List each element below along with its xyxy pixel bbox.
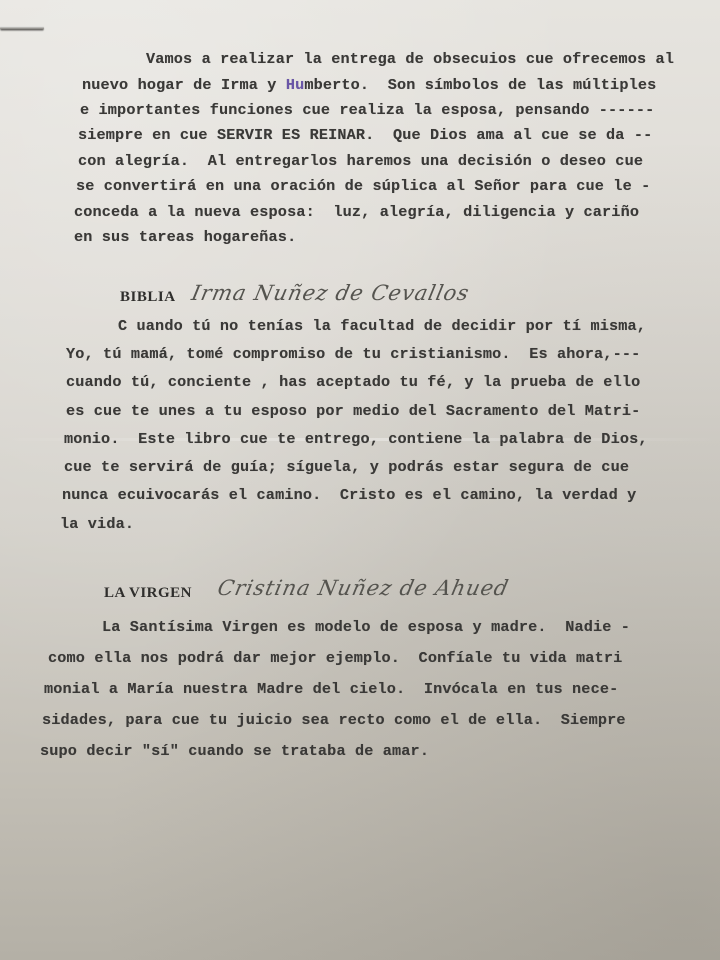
intro-line: siempre en cue SERVIR ES REINAR. Que Dio… bbox=[78, 128, 652, 143]
intro-line-with-correction: nuevo hogar de Irma y Humberto. Son símb… bbox=[82, 78, 656, 93]
staple-icon bbox=[0, 26, 44, 30]
section-title: BIBLIA bbox=[120, 289, 176, 306]
section-line: la vida. bbox=[60, 517, 134, 532]
section-title: LA VIRGEN bbox=[104, 585, 192, 602]
section-line: cue te servirá de guía; síguela, y podrá… bbox=[64, 460, 629, 475]
section-line: La Santísima Virgen es modelo de esposa … bbox=[102, 620, 630, 635]
intro-line-prefix: nuevo hogar de Irma y bbox=[82, 76, 286, 94]
intro-line: Vamos a realizar la entrega de obsecuios… bbox=[146, 52, 674, 67]
section-line: cuando tú, conciente , has aceptado tu f… bbox=[66, 375, 640, 390]
handwritten-correction: Hu bbox=[286, 76, 305, 94]
handwritten-signature: Irma Nuñez de Cevallos bbox=[189, 281, 471, 305]
intro-line: se convertirá en una oración de súplica … bbox=[76, 179, 650, 194]
section-line: monio. Este libro cue te entrego, contie… bbox=[64, 432, 648, 447]
intro-line-suffix: mberto. Son símbolos de las múltiples bbox=[304, 76, 656, 94]
section-line: sidades, para cue tu juicio sea recto co… bbox=[42, 713, 626, 728]
section-line: Yo, tú mamá, tomé compromiso de tu crist… bbox=[66, 347, 640, 362]
section-line: monial a María nuestra Madre del cielo. … bbox=[44, 682, 618, 697]
paper-background bbox=[0, 0, 720, 960]
section-line: C uando tú no tenías la facultad de deci… bbox=[118, 319, 646, 334]
section-line: como ella nos podrá dar mejor ejemplo. C… bbox=[48, 651, 622, 666]
section-line: supo decir "sí" cuando se trataba de ama… bbox=[40, 744, 429, 759]
intro-line: e importantes funciones cue realiza la e… bbox=[80, 103, 654, 118]
section-line: es cue te unes a tu esposo por medio del… bbox=[66, 404, 640, 419]
intro-line: conceda a la nueva esposa: luz, alegría,… bbox=[74, 205, 639, 220]
intro-line: en sus tareas hogareñas. bbox=[74, 230, 296, 245]
intro-line: con alegría. Al entregarlos haremos una … bbox=[78, 154, 643, 169]
section-line: nunca ecuivocarás el camino. Cristo es e… bbox=[62, 488, 636, 503]
handwritten-signature: Cristina Nuñez de Ahued bbox=[215, 576, 511, 600]
